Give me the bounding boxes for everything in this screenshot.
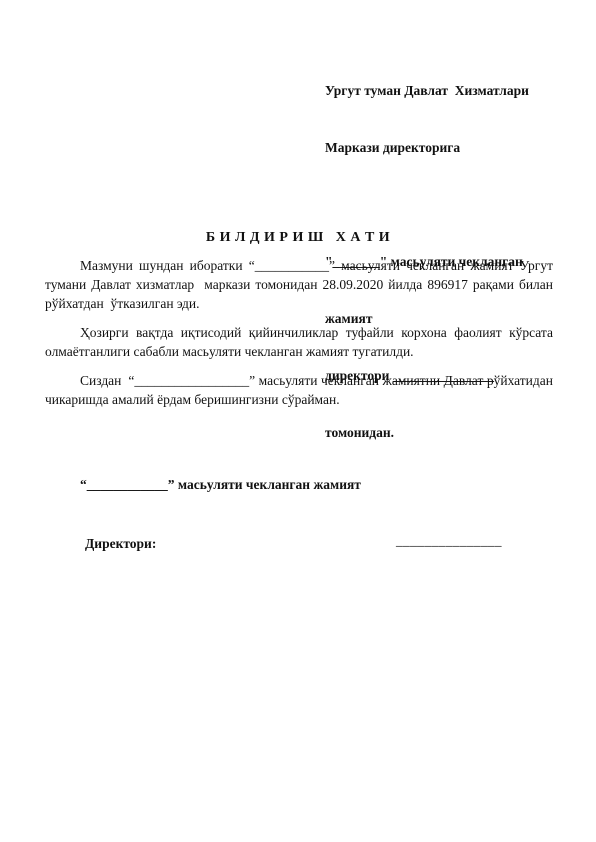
recipient-line: Ургут туман Давлат Хизматлари [325,81,565,100]
director-label: Директори: [85,536,156,552]
letter-body: Мазмуни шундан иборатки “___________” ма… [45,256,553,409]
document-page: Ургут туман Давлат Хизматлари Маркази ди… [0,0,596,842]
letter-title: Б И Л Д И Р И Ш Х А Т И [0,230,596,246]
recipient-line: томонидан. [325,423,565,442]
paragraph-liquidation: Ҳозирги вақтда иқтисодий қийинчиликлар т… [45,323,553,361]
signature-line: _______________ [396,533,502,549]
recipient-blank-line [325,195,565,214]
paragraph-request: Сиздан “_________________” масьуляти чек… [45,371,553,409]
company-line: “____________” масьуляти чекланган жамия… [80,477,361,493]
recipient-line: Маркази директорига [325,138,565,157]
paragraph-registration: Мазмуни шундан иборатки “___________” ма… [45,256,553,313]
